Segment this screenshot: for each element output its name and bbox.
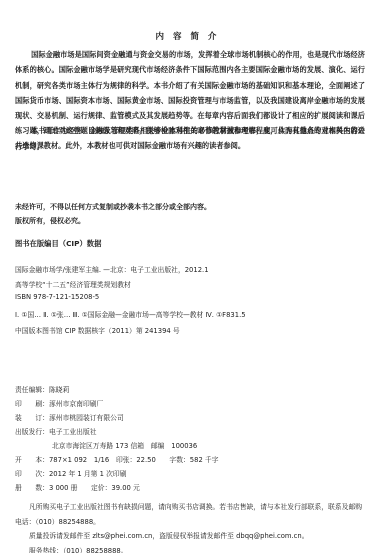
copies-label: 册 数： (15, 484, 49, 492)
imprint-format: 开 本：787×1 092 1/16 印张：22.50 字数：582 千字 (15, 454, 219, 464)
imprint-edition: 印 次：2012 年 1 月第 1 次印刷 (15, 468, 127, 478)
format-label: 开 本： (15, 456, 49, 464)
cip-line-series: 高等学校“十二五”经济管理类规划教材 (15, 279, 131, 289)
copies-value: 3 000 册 定价：39.00 元 (49, 484, 140, 492)
cip-heading: 图书在版编目（CIP）数据 (15, 237, 101, 251)
binder-value: 涿州市桃园装订有限公司 (49, 414, 124, 422)
contact-block: 凡所购买电子工业出版社图书有缺损问题，请向购买书店调换。若书店售缺，请与本社发行… (15, 500, 365, 553)
rights-reserved: 版权所有，侵权必究。 (15, 214, 85, 228)
editor-value: 陈晓莉 (49, 386, 69, 394)
printer-value: 涿州市京南印刷厂 (49, 400, 103, 408)
edition-value: 2012 年 1 月第 1 次印刷 (49, 470, 127, 478)
copyright-page: 内 容 简 介 国际金融市场是国际间资金融通与资金交易的市场，发挥着全球市场机制… (0, 0, 375, 553)
binder-label: 装 订： (15, 414, 49, 422)
imprint-publisher: 出版发行：电子工业出版社 (15, 426, 97, 436)
editor-label: 责任编辑： (15, 386, 49, 394)
imprint-copies: 册 数：3 000 册 定价：39.00 元 (15, 482, 140, 492)
cip-line-title: 国际金融市场学/张建军主编. —北京：电子工业出版社，2012.1 (15, 264, 209, 274)
contact-returns-text: 凡所购买电子工业出版社图书有缺损问题，请向购买书店调换。若书店售缺，请与本社发行… (15, 503, 362, 526)
format-value: 787×1 092 1/16 印张：22.50 字数：582 千字 (49, 456, 219, 464)
contact-complaints-text: 质量投诉请发邮件至 zlts@phei.com.cn，盗版侵权举报请发邮件至 d… (29, 532, 309, 540)
contact-hotline: 服务热线：（010）88258888。 (15, 544, 365, 553)
summary-title: 内 容 简 介 (0, 30, 375, 42)
imprint-binder: 装 订：涿州市桃园装订有限公司 (15, 412, 124, 422)
cip-line-isbn: ISBN 978-7-121-15208-5 (15, 293, 99, 301)
cip-line-classification: Ⅰ. ①国… Ⅱ. ①张… Ⅲ. ①国际金融—金融市场—高等学校—教材 Ⅳ. ①… (15, 309, 246, 319)
contact-hotline-text: 服务热线：（010）88258888。 (29, 547, 128, 553)
printer-label: 印 刷： (15, 400, 49, 408)
publisher-label: 出版发行： (15, 428, 49, 436)
imprint-address: 北京市海淀区万寿路 173 信箱 邮编 100036 (52, 440, 197, 450)
publisher-value: 电子工业出版社 (49, 428, 97, 436)
edition-label: 印 次： (15, 470, 49, 478)
copyright-notice: 未经许可，不得以任何方式复制或抄袭本书之部分或全部内容。 (15, 200, 211, 214)
summary-paragraph-2-text: 本书可作为经济、金融及管理类各相关专业本科生的必修教材或参考书，也可作为其他各专… (15, 126, 365, 150)
imprint-editor: 责任编辑：陈晓莉 (15, 384, 69, 394)
cip-line-cip-number: 中国版本图书馆 CIP 数据核字（2011）第 241394 号 (15, 325, 180, 335)
contact-returns: 凡所购买电子工业出版社图书有缺损问题，请向购买书店调换。若书店售缺，请与本社发行… (15, 500, 365, 529)
imprint-printer: 印 刷：涿州市京南印刷厂 (15, 398, 103, 408)
summary-paragraph-2: 本书可作为经济、金融及管理类各相关专业本科生的必修教材或参考书，也可作为其他各专… (15, 123, 365, 154)
contact-complaints: 质量投诉请发邮件至 zlts@phei.com.cn，盗版侵权举报请发邮件至 d… (15, 529, 365, 544)
